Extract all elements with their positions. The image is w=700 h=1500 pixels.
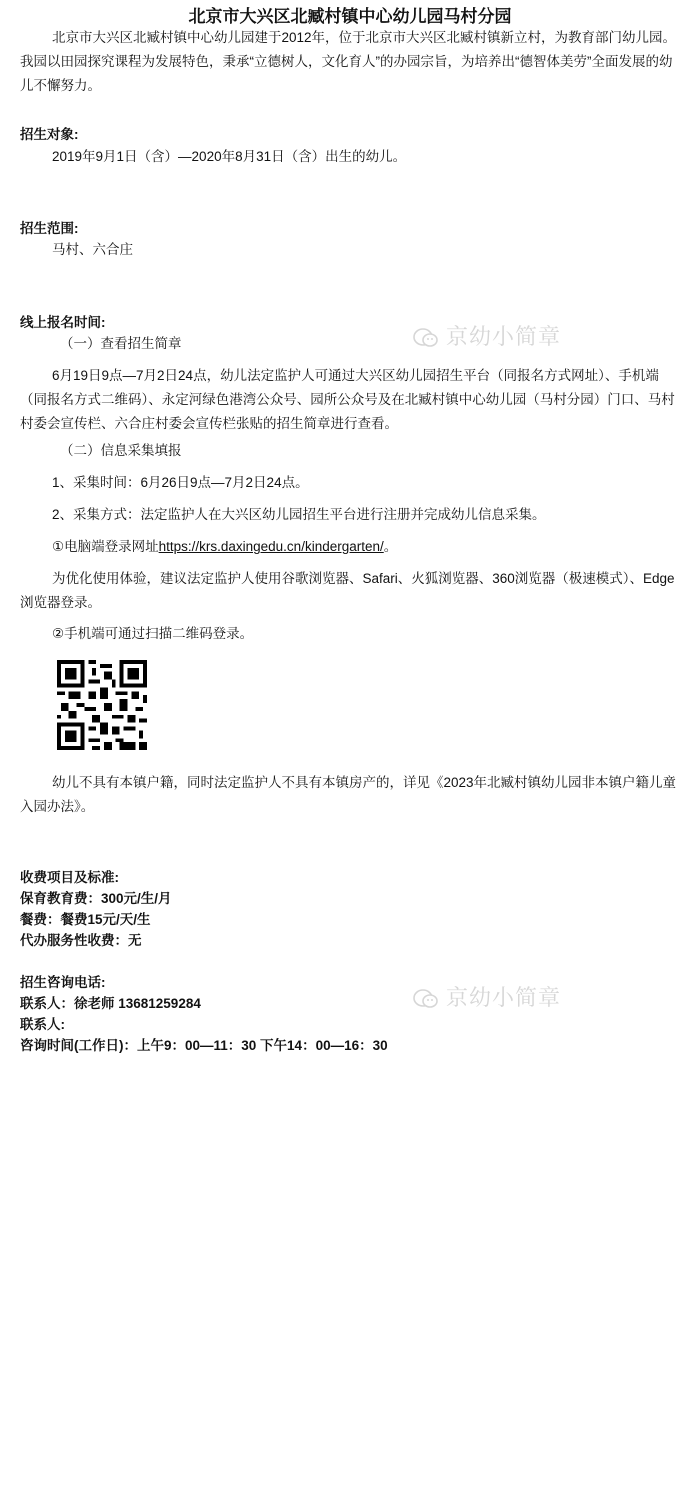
page-title: 北京市大兴区北臧村镇中心幼儿园马村分园 [0,2,700,27]
pc-login-suffix: 。 [384,539,398,554]
wechat-icon [412,988,440,1010]
scope-text: 马村、六合庄 [20,238,680,262]
watermark: 京幼小简章 [412,320,561,351]
collection-method: 2、采集方式：法定监护人在大兴区幼儿园招生平台进行注册并完成幼儿信息采集。 [20,503,680,527]
qr-code-icon [56,660,148,750]
watermark-text: 京幼小简章 [446,324,561,349]
target-heading: 招生对象: [20,123,680,147]
watermark-text: 京幼小简章 [446,985,561,1010]
target-text: 2019年9月1日（含）—2020年8月31日（含）出生的幼儿。 [20,145,680,169]
pc-login-label: ①电脑端登录网址 [52,539,159,554]
browser-note: 为优化使用体验，建议法定监护人使用谷歌浏览器、Safari、火狐浏览器、360浏… [20,567,680,615]
watermark-2: 京幼小简章 [412,981,561,1012]
fee-line-meal: 餐费：餐费15元/天/生 [20,908,680,931]
registration-url-link[interactable]: https://krs.daxingedu.cn/kindergarten/ [159,539,384,554]
pc-login-line: ①电脑端登录网址https://krs.daxingedu.cn/kinderg… [20,535,680,559]
mobile-login-note: ②手机端可通过扫描二维码登录。 [20,622,680,646]
intro-paragraph: 北京市大兴区北臧村镇中心幼儿园建于2012年，位于北京市大兴区北臧村镇新立村，为… [20,26,680,98]
fee-line-education: 保育教育费：300元/生/月 [20,887,680,910]
non-local-note: 幼儿不具有本镇户籍，同时法定监护人不具有本镇房产的，详见《2023年北臧村镇幼儿… [20,771,680,819]
section-info-collection: （二）信息采集填报 [20,439,680,463]
wechat-icon [412,327,440,349]
consult-hours: 咨询时间(工作日)：上午9：00—11：30 下午14：00—16：30 [20,1034,680,1058]
section-view-brochure: （一）查看招生简章 [20,332,680,356]
collection-time: 1、采集时间：6月26日9点—7月2日24点。 [20,471,680,495]
fee-line-service: 代办服务性收费：无 [20,929,680,952]
brochure-details: 6月19日9点—7月2日24点，幼儿法定监护人可通过大兴区幼儿园招生平台（同报名… [20,364,680,436]
